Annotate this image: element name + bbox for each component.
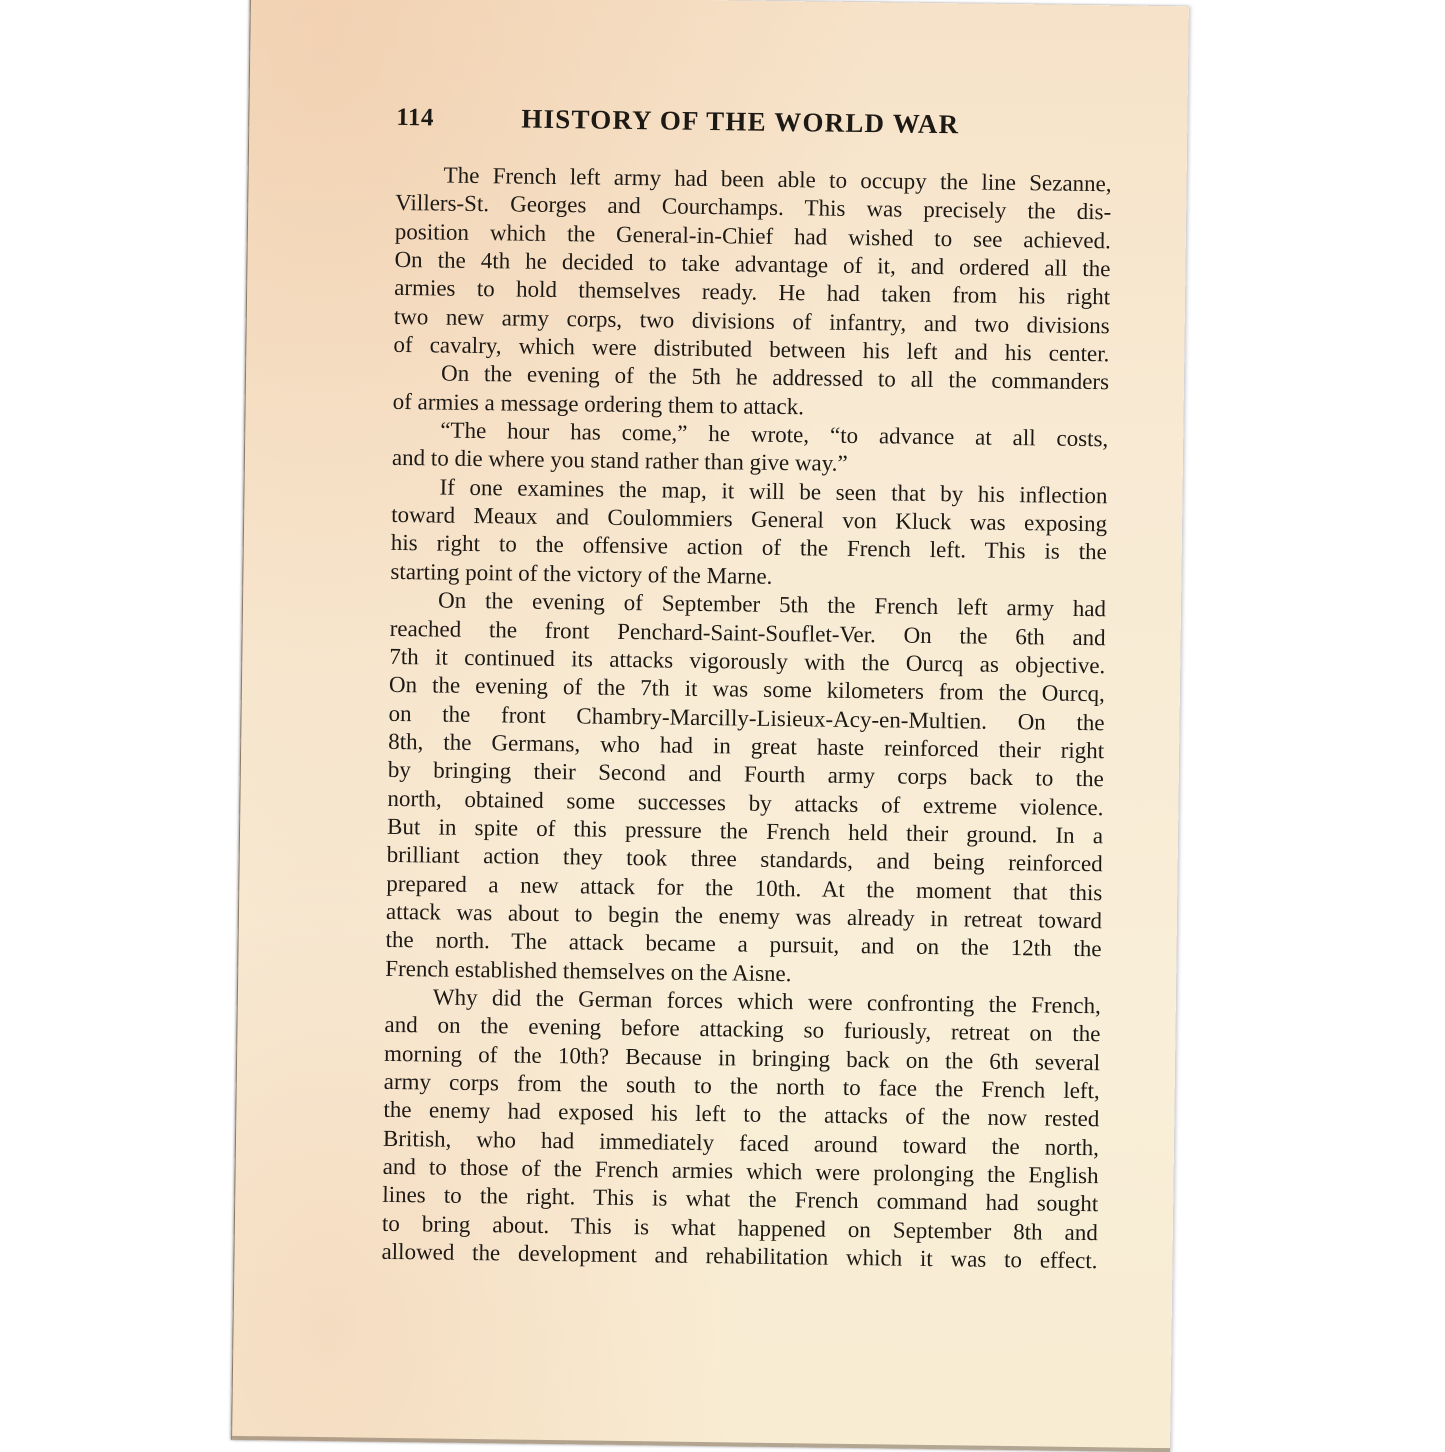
running-head-title: HISTORY OF THE WORLD WAR — [521, 104, 959, 141]
book-page: 114 HISTORY OF THE WORLD WAR The French … — [231, 0, 1189, 1445]
paragraph-quote: “The hour has come,” he wrote, “to advan… — [392, 416, 1109, 482]
paragraph: On the evening of the 5th he addressed t… — [392, 359, 1109, 425]
page-number: 114 — [396, 104, 434, 132]
paragraph: If one examines the map, it will be seen… — [390, 473, 1107, 596]
body-text: The French left army had been able to oc… — [381, 161, 1111, 1276]
paragraph: Why did the German forces which were con… — [381, 983, 1101, 1276]
page-header: 114 HISTORY OF THE WORLD WAR — [396, 104, 996, 148]
paragraph: The French left army had been able to oc… — [393, 161, 1112, 369]
paragraph: On the evening of September 5th the Fren… — [385, 586, 1106, 992]
scanned-page-background: 114 HISTORY OF THE WORLD WAR The French … — [0, 0, 1445, 1445]
